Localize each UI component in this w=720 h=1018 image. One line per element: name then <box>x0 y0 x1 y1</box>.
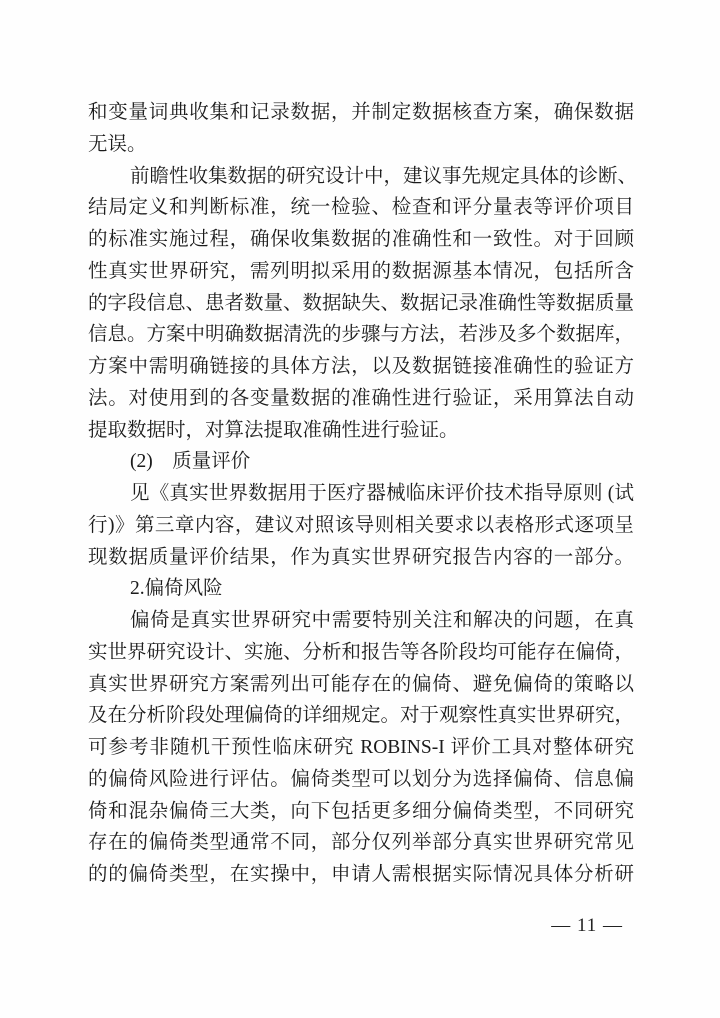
text-line: 现数据质量评价结果，作为真实世界研究报告内容的一部分。 <box>88 542 634 574</box>
text-line: 性真实世界研究，需列明拟采用的数据源基本情况，包括所含 <box>88 256 634 288</box>
text-line: 的字段信息、患者数量、数据缺失、数据记录准确性等数据质量 <box>88 288 634 320</box>
text-line: 的的偏倚类型，在实操中，申请人需根据实际情况具体分析研 <box>88 859 634 891</box>
text-line: 真实世界研究方案需列出可能存在的偏倚、避免偏倚的策略以 <box>88 669 634 701</box>
text-line: 见《真实世界数据用于医疗器械临床评价技术指导原则 (试 <box>88 478 634 510</box>
text-line: 无误。 <box>88 129 634 161</box>
text-line: 方案中需明确链接的具体方法，以及数据链接准确性的验证方 <box>88 351 634 383</box>
text-line: 可参考非随机干预性临床研究 ROBINS-I 评价工具对整体研究 <box>88 732 634 764</box>
text-line: 的标准实施过程，确保收集数据的准确性和一致性。对于回顾 <box>88 224 634 256</box>
page-number: — 11 — <box>551 914 623 938</box>
text-line: 的偏倚风险进行评估。偏倚类型可以划分为选择偏倚、信息偏 <box>88 764 634 796</box>
section-heading-bias-risk: 2.偏倚风险 <box>88 573 634 605</box>
text-line: 结局定义和判断标准，统一检验、检查和评分量表等评价项目 <box>88 192 634 224</box>
text-line: 行)》第三章内容，建议对照该导则相关要求以表格形式逐项呈 <box>88 510 634 542</box>
text-line: 实世界研究设计、实施、分析和报告等各阶段均可能存在偏倚， <box>88 637 634 669</box>
text-line: 及在分析阶段处理偏倚的详细规定。对于观察性真实世界研究， <box>88 700 634 732</box>
text-line: 提取数据时，对算法提取准确性进行验证。 <box>88 415 634 447</box>
text-line: 信息。方案中明确数据清洗的步骤与方法，若涉及多个数据库， <box>88 319 634 351</box>
text-line: 存在的偏倚类型通常不同，部分仅列举部分真实世界研究常见 <box>88 827 634 859</box>
text-line: 倚和混杂偏倚三大类，向下包括更多细分偏倚类型，不同研究 <box>88 796 634 828</box>
text-line: 法。对使用到的各变量数据的准确性进行验证，采用算法自动 <box>88 383 634 415</box>
section-heading-quality-evaluation: (2) 质量评价 <box>88 446 634 478</box>
text-line: 前瞻性收集数据的研究设计中，建议事先规定具体的诊断、 <box>88 161 634 193</box>
body-text: 和变量词典收集和记录数据，并制定数据核查方案，确保数据 无误。 前瞻性收集数据的… <box>88 97 634 891</box>
text-line: 和变量词典收集和记录数据，并制定数据核查方案，确保数据 <box>88 97 634 129</box>
document-page: 和变量词典收集和记录数据，并制定数据核查方案，确保数据 无误。 前瞻性收集数据的… <box>0 0 720 1018</box>
text-line: 偏倚是真实世界研究中需要特别关注和解决的问题，在真 <box>88 605 634 637</box>
